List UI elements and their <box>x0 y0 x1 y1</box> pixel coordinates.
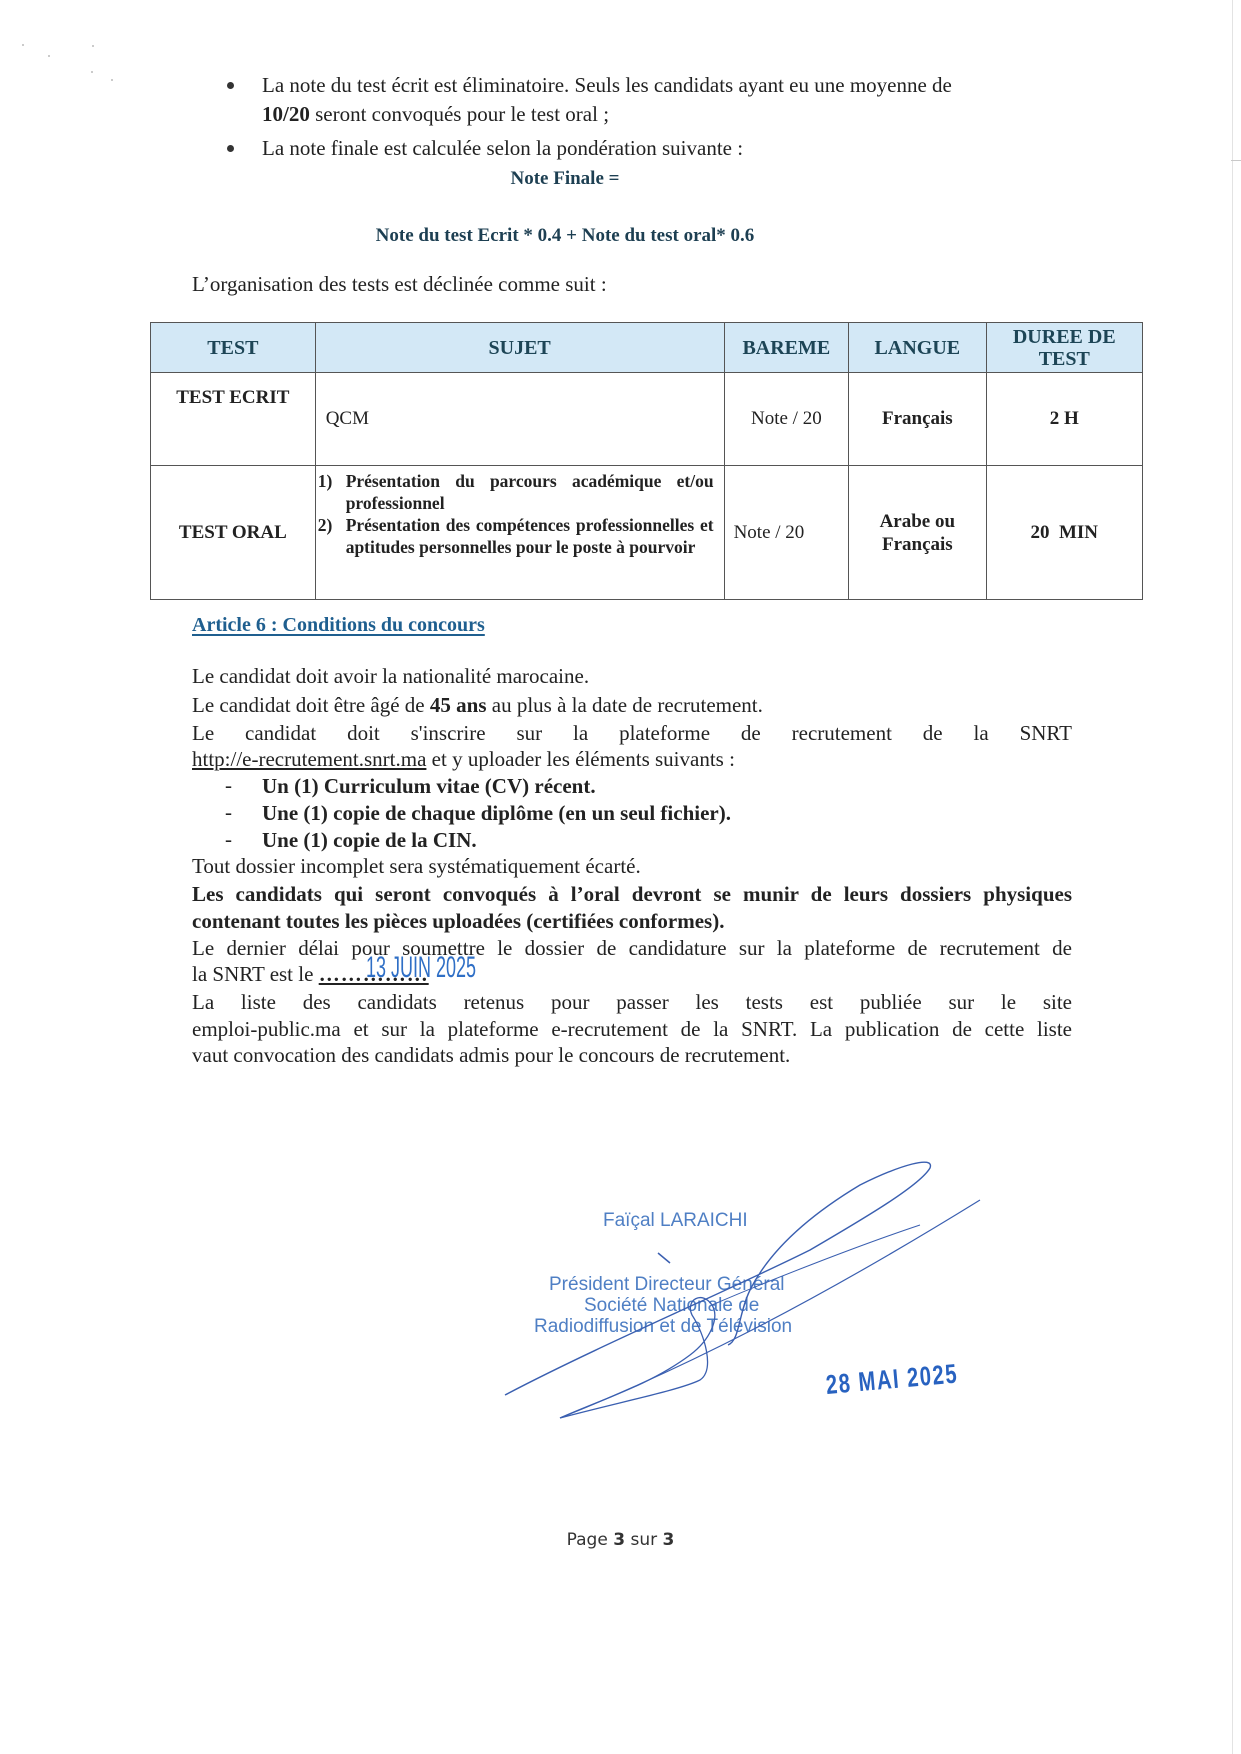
condition-registration: Le candidat doit s'inscrire sur la plate… <box>192 720 1072 746</box>
document-item: Une (1) copie de la CIN. <box>262 827 477 853</box>
formula-label: Note Finale = <box>0 166 1130 192</box>
oral-notice-cont: contenant toutes les pièces uploadées (c… <box>192 908 724 934</box>
page-separator: sur <box>625 1530 662 1550</box>
condition-nationality: Le candidat doit avoir la nationalité ma… <box>192 663 589 689</box>
header-test: TEST <box>151 323 316 373</box>
formula: Note du test Ecrit * 0.4 + Note du test … <box>0 223 1130 249</box>
cell-test: TEST ORAL <box>151 466 316 600</box>
header-bareme: BAREME <box>724 323 849 373</box>
header-duree-text: DUREE DE TEST <box>1009 326 1119 370</box>
dash-icon: - <box>225 827 232 852</box>
cell-langue: Arabe ou Français <box>849 466 986 600</box>
deadline-text: Le dernier délai pour soumettre le dossi… <box>192 935 1072 961</box>
cell-duree: 20 MIN <box>986 466 1142 600</box>
deadline-lead: la SNRT est le <box>192 962 319 986</box>
criteria-bullet-2: La note finale est calculée selon la pon… <box>262 135 743 161</box>
dash-icon: - <box>225 773 232 798</box>
candidates-list-text-end: vaut convocation des candidats admis pou… <box>192 1042 790 1068</box>
tests-table: TEST SUJET BAREME LANGUE DUREE DE TEST T… <box>150 322 1143 600</box>
scan-speck <box>91 71 93 73</box>
total-pages-number: 3 <box>663 1530 675 1550</box>
document-item: Une (1) copie de chaque diplôme (en un s… <box>262 800 731 826</box>
incomplete-notice: Tout dossier incomplet sera systématique… <box>192 853 641 879</box>
subject-item-number: 2) <box>316 514 346 558</box>
scan-speck <box>92 45 94 47</box>
table-row: TEST ECRIT QCM Note / 20 Français 2 H <box>151 373 1143 466</box>
candidates-list-text: La liste des candidats retenus pour pass… <box>192 989 1072 1015</box>
condition-age: Le candidat doit être âgé de 45 ans au p… <box>192 692 763 718</box>
table-row: TEST ORAL 1) Présentation du parcours ac… <box>151 466 1143 600</box>
condition-age-text: Le candidat doit être âgé de <box>192 693 430 717</box>
handwritten-signature-icon <box>480 1140 1040 1460</box>
deadline-date-stamp: 13 JUIN 2025 <box>366 953 476 983</box>
subject-item-number: 1) <box>316 470 346 514</box>
criteria-bullet-1-cont: 10/20 seront convoqués pour le test oral… <box>262 101 609 127</box>
bullet-icon <box>227 145 234 152</box>
recruitment-platform-link[interactable]: http://e-recrutement.snrt.ma <box>192 747 426 771</box>
cell-bareme: Note / 20 <box>724 466 849 600</box>
header-sujet: SUJET <box>315 323 724 373</box>
subject-item: 2) Présentation des compétences professi… <box>316 514 724 558</box>
scan-edge-line <box>1232 0 1233 1754</box>
scan-speck <box>48 55 50 57</box>
subject-item-text: Présentation des compétences professionn… <box>346 514 714 558</box>
condition-registration-cont: http://e-recrutement.snrt.ma et y upload… <box>192 746 735 772</box>
passing-grade: 10/20 <box>262 102 310 126</box>
cell-bareme: Note / 20 <box>724 373 849 466</box>
condition-age-rest: au plus à la date de recrutement. <box>487 693 763 717</box>
subject-item: 1) Présentation du parcours académique e… <box>316 470 724 514</box>
header-langue: LANGUE <box>849 323 986 373</box>
page-label: Page <box>567 1530 614 1550</box>
oral-notice: Les candidats qui seront convoqués à l’o… <box>192 881 1072 907</box>
criteria-bullet-1-rest: seront convoqués pour le test oral ; <box>310 102 609 126</box>
criteria-bullet-1: La note du test écrit est éliminatoire. … <box>262 72 952 98</box>
cell-duree: 2 H <box>986 373 1142 466</box>
bullet-icon <box>227 82 234 89</box>
page-footer: Page 3 sur 3 <box>0 1530 1241 1550</box>
max-age: 45 ans <box>430 693 487 717</box>
scan-speck <box>22 44 24 46</box>
cell-langue-text: Arabe ou Français <box>872 510 962 556</box>
table-header-row: TEST SUJET BAREME LANGUE DUREE DE TEST <box>151 323 1143 373</box>
cell-subject: 1) Présentation du parcours académique e… <box>315 466 724 600</box>
document-item: Un (1) Curriculum vitae (CV) récent. <box>262 773 596 799</box>
tests-intro: L’organisation des tests est déclinée co… <box>192 271 607 297</box>
article-6-heading: Article 6 : Conditions du concours <box>192 614 485 637</box>
dash-icon: - <box>225 800 232 825</box>
cell-test: TEST ECRIT <box>151 373 316 466</box>
scan-speck <box>111 79 113 81</box>
subject-item-text: Présentation du parcours académique et/o… <box>346 470 714 514</box>
candidates-list-text-cont: emploi-public.ma et sur la plateforme e-… <box>192 1016 1072 1042</box>
scan-edge-tick <box>1231 160 1241 161</box>
upload-instruction: et y uploader les éléments suivants : <box>426 747 735 771</box>
header-duree: DUREE DE TEST <box>986 323 1142 373</box>
current-page-number: 3 <box>613 1530 625 1550</box>
cell-subject: QCM <box>315 373 724 466</box>
cell-langue: Français <box>849 373 986 466</box>
